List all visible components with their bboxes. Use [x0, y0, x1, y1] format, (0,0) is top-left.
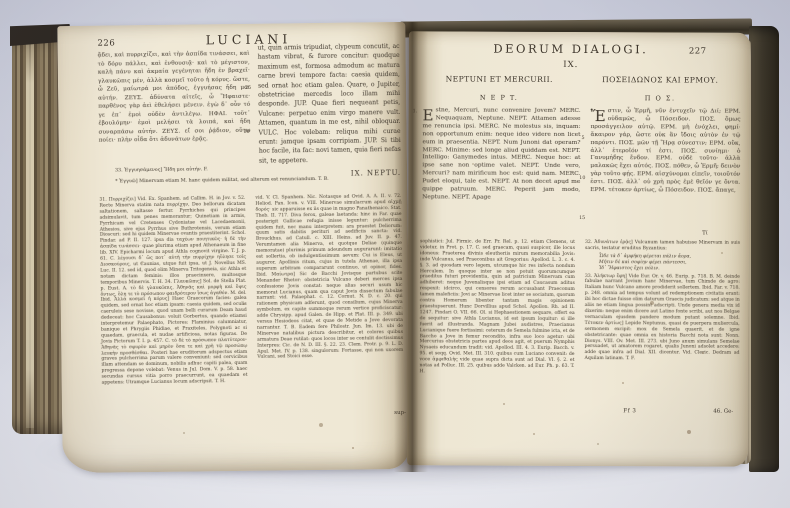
- photo-of-open-book: 226 LUCIANI ᾄδει, καὶ πυρριχίζει, καὶ τὴ…: [0, 0, 790, 508]
- photo-vignette: [0, 0, 790, 508]
